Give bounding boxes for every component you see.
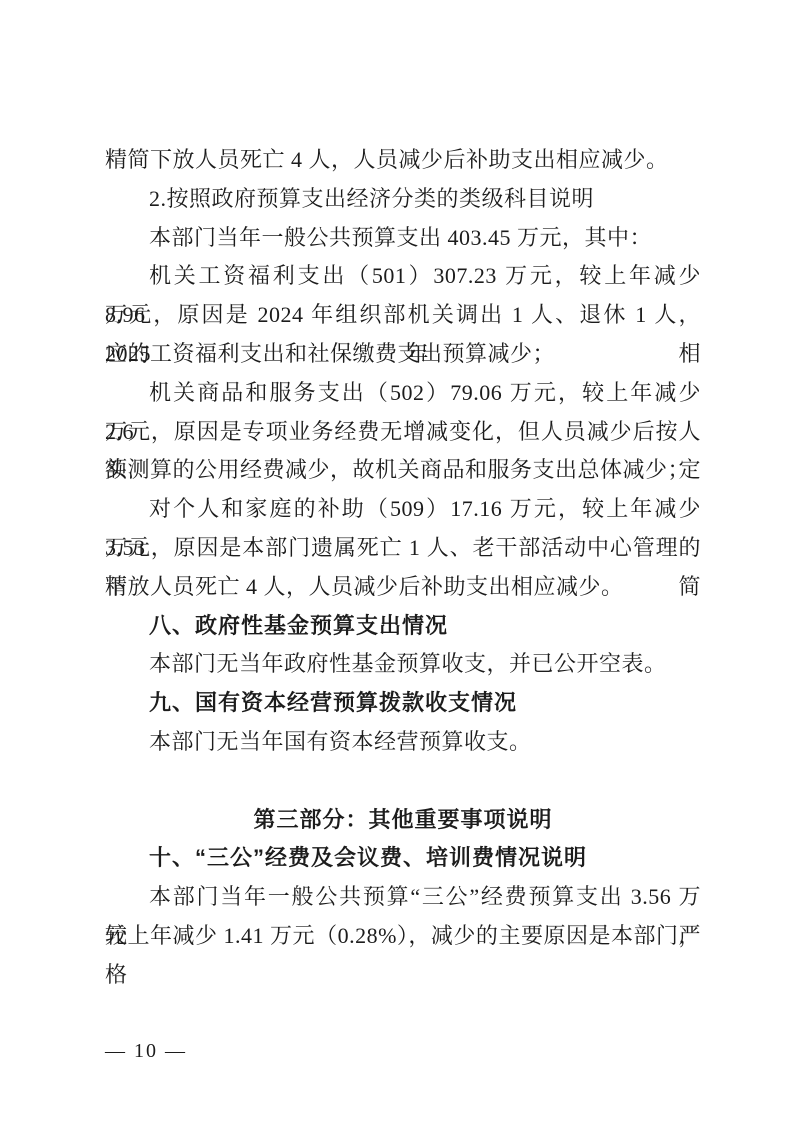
blank-line [105, 762, 701, 801]
page-number: — 10 — [105, 1038, 187, 1064]
body-text-line: 本部门当年一般公共预算“三公”经费预算支出 3.56 万元， [105, 878, 701, 917]
section-heading: 十、“三公”经费及会议费、培训费情况说明 [105, 839, 701, 878]
body-text-line: 精简下放人员死亡 4 人，人员减少后补助支出相应减少。 [105, 141, 701, 180]
section-heading: 八、政府性基金预算支出情况 [105, 607, 701, 646]
document-body: 精简下放人员死亡 4 人，人员减少后补助支出相应减少。2.按照政府预算支出经济分… [105, 141, 701, 956]
body-text-line: 万元，原因是 2024 年组织部机关调出 1 人、退休 1 人，2025 年相 [105, 296, 701, 335]
body-text-line: 本部门无当年政府性基金预算收支，并已公开空表。 [105, 645, 701, 684]
body-text-line: 万元，原因是专项业务经费无增减变化，但人员减少后按人头定 [105, 413, 701, 452]
body-text-line: 2.按照政府预算支出经济分类的类级科目说明 [105, 180, 701, 219]
section-heading: 九、国有资本经营预算拨款收支情况 [105, 684, 701, 723]
document-page: 精简下放人员死亡 4 人，人员减少后补助支出相应减少。2.按照政府预算支出经济分… [0, 0, 792, 1121]
body-text-line: 本部门当年一般公共预算支出 403.45 万元，其中： [105, 219, 701, 258]
body-text-line: 对个人和家庭的补助（509）17.16 万元，较上年减少 3.53 [105, 490, 701, 529]
body-text-line: 机关商品和服务支出（502）79.06 万元，较上年减少 2.6 [105, 374, 701, 413]
body-text-line: 本部门无当年国有资本经营预算收支。 [105, 723, 701, 762]
body-text-line: 下放人员死亡 4 人，人员减少后补助支出相应减少。 [105, 568, 701, 607]
body-text-line: 万元，原因是本部门遗属死亡 1 人、老干部活动中心管理的精简 [105, 529, 701, 568]
body-text-line: 额测算的公用经费减少，故机关商品和服务支出总体减少； [105, 451, 701, 490]
body-text-line: 机关工资福利支出（501）307.23 万元，较上年减少 8.96 [105, 257, 701, 296]
body-text-line: 较上年减少 1.41 万元（0.28%），减少的主要原因是本部门严格 [105, 917, 701, 956]
part-title: 第三部分：其他重要事项说明 [105, 801, 701, 840]
